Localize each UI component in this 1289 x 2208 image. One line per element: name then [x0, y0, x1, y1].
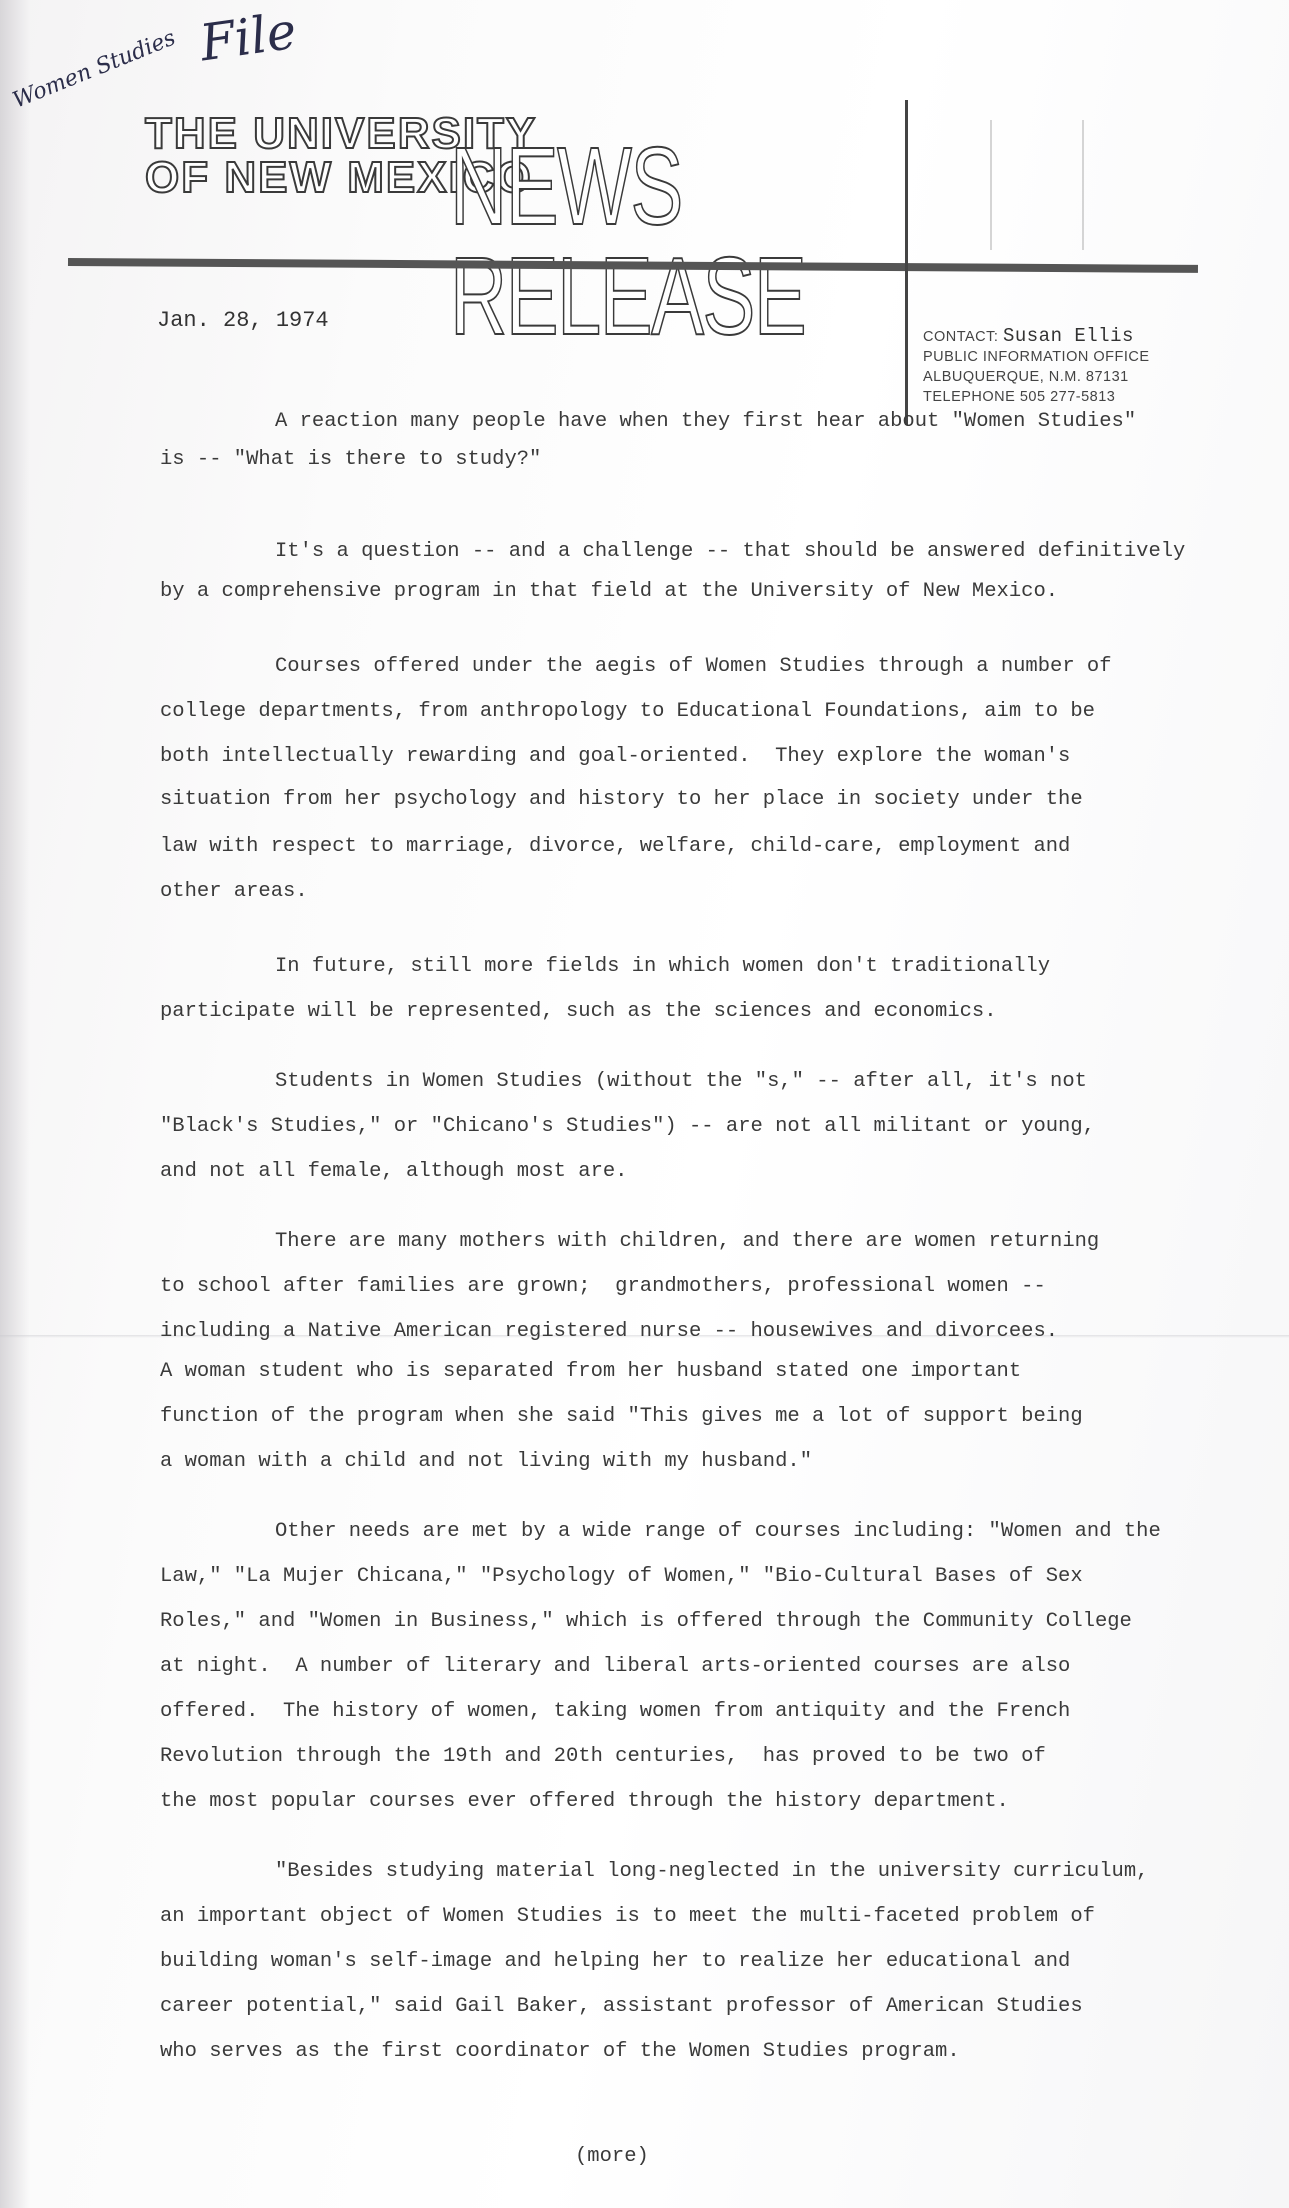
body-line: A woman student who is separated from he… — [160, 1360, 1021, 1383]
document-page: File Women Studies The University of New… — [0, 0, 1289, 2208]
body-line: "Besides studying material long-neglecte… — [275, 1860, 1148, 1883]
letterhead-box — [990, 120, 1084, 250]
body-line: Other needs are met by a wide range of c… — [275, 1520, 1161, 1543]
body-line: to school after families are grown; gran… — [160, 1275, 1046, 1298]
body-line: college departments, from anthropology t… — [160, 700, 1095, 723]
contact-address: Albuquerque, N.M. 87131 — [923, 367, 1150, 387]
contact-name: Susan Ellis — [1003, 325, 1134, 347]
body-line: and not all female, although most are. — [160, 1160, 627, 1183]
body-line: Revolution through the 19th and 20th cen… — [160, 1745, 1046, 1768]
release-date: Jan. 28, 1974 — [157, 308, 329, 333]
body-line: is -- "What is there to study?" — [160, 448, 541, 471]
body-line: It's a question -- and a challenge -- th… — [275, 540, 1185, 563]
body-line: the most popular courses ever offered th… — [160, 1790, 1009, 1813]
body-line: who serves as the first coordinator of t… — [160, 2040, 960, 2063]
body-line: participate will be represented, such as… — [160, 1000, 997, 1023]
body-line: a woman with a child and not living with… — [160, 1450, 812, 1473]
body-line: law with respect to marriage, divorce, w… — [160, 835, 1070, 858]
body-line: In future, still more fields in which wo… — [275, 955, 1050, 978]
body-line: Roles," and "Women in Business," which i… — [160, 1610, 1132, 1633]
body-line: both intellectually rewarding and goal-o… — [160, 745, 1070, 768]
contact-telephone: Telephone 505 277-5813 — [923, 387, 1150, 407]
contact-block: Contact: Susan Ellis Public Information … — [923, 326, 1150, 407]
body-line: Law," "La Mujer Chicana," "Psychology of… — [160, 1565, 1083, 1588]
contact-divider — [905, 100, 908, 425]
body-line: other areas. — [160, 880, 308, 903]
handwritten-margin-note: Women Studies — [10, 26, 179, 113]
body-line: "Black's Studies," or "Chicano's Studies… — [160, 1115, 1095, 1138]
more-indicator: (more) — [575, 2145, 649, 2168]
body-line: building woman's self-image and helping … — [160, 1950, 1070, 1973]
contact-office: Public Information Office — [923, 347, 1150, 367]
body-line: an important object of Women Studies is … — [160, 1905, 1095, 1928]
handwritten-file-note: File — [196, 2, 299, 73]
body-line: career potential," said Gail Baker, assi… — [160, 1995, 1083, 2018]
page-edge-shadow — [0, 0, 30, 2208]
contact-label: Contact: — [923, 329, 998, 345]
body-line: situation from her psychology and histor… — [160, 788, 1083, 811]
body-line: Courses offered under the aegis of Women… — [275, 655, 1112, 678]
news-release-title: News Release — [450, 132, 1054, 352]
body-line: by a comprehensive program in that field… — [160, 580, 1058, 603]
body-line: offered. The history of women, taking wo… — [160, 1700, 1070, 1723]
body-line: A reaction many people have when they fi… — [275, 410, 1136, 433]
body-line: at night. A number of literary and liber… — [160, 1655, 1070, 1678]
body-line: Students in Women Studies (without the "… — [275, 1070, 1087, 1093]
body-line: including a Native American registered n… — [160, 1320, 1058, 1343]
body-line: There are many mothers with children, an… — [275, 1230, 1099, 1253]
body-line: function of the program when she said "T… — [160, 1405, 1083, 1428]
